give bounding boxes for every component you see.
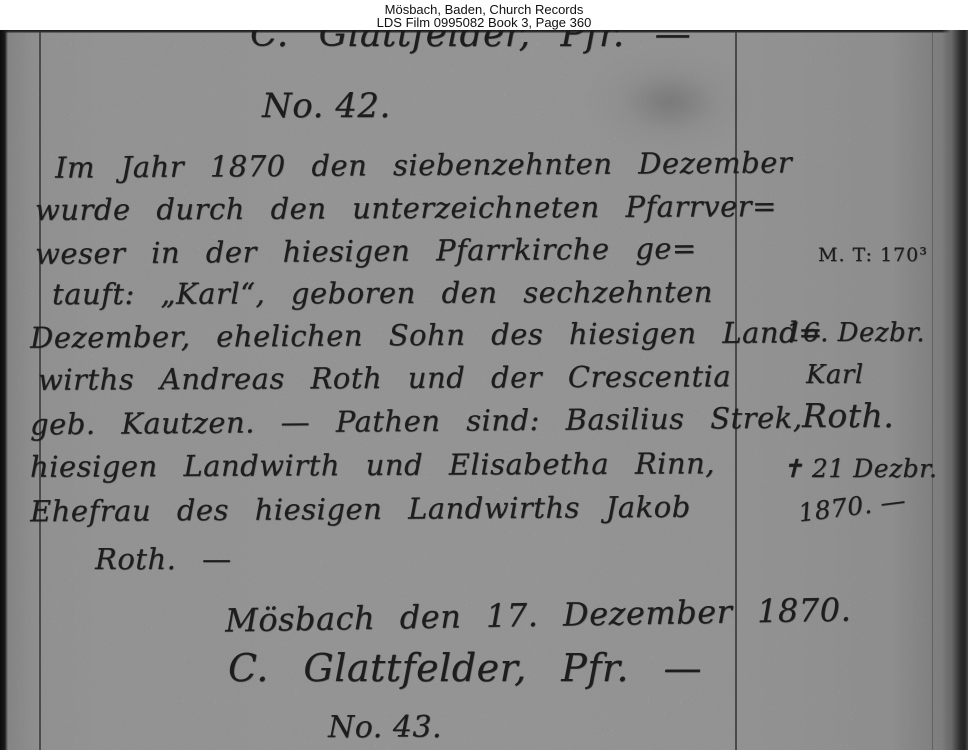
entry-number-42: No. 42. bbox=[262, 86, 391, 126]
entry-number-43: No. 43. bbox=[328, 710, 442, 745]
pastor-signature: C. Glattfelder, Pfr. — bbox=[228, 646, 702, 690]
record-body-line: Dezember, ehelichen Sohn des hiesigen La… bbox=[30, 315, 823, 355]
record-body-line: wirths Andreas Roth und der Crescentia bbox=[38, 359, 731, 397]
page-edge-right bbox=[942, 30, 968, 750]
scanned-church-record-page: C. Glattfelder, Pfr. — No. 42. Im Jahr 1… bbox=[0, 30, 968, 750]
ink-bleed-through-smudge bbox=[590, 52, 750, 152]
record-body-line: geb. Kautzen. — Pathen sind: Basilius St… bbox=[30, 401, 803, 442]
film-caption: Mösbach, Baden, Church Records LDS Film … bbox=[0, 0, 968, 30]
record-body-line: wurde durch den unterzeichneten Pfarrver… bbox=[35, 189, 777, 227]
record-body-line: hiesigen Landwirth und Elisabetha Rinn, bbox=[30, 446, 715, 484]
margin-reference-number: M. T: 170³ bbox=[818, 244, 928, 266]
record-body-line: weser in der hiesigen Pfarrkirche ge= bbox=[35, 231, 697, 271]
previous-entry-signature: C. Glattfelder, Pfr. — bbox=[250, 30, 691, 55]
margin-surname: Roth. bbox=[802, 396, 894, 435]
record-body-line: Roth. — bbox=[95, 542, 232, 576]
margin-death-date-line1: ✝ 21 Dezbr. bbox=[782, 454, 937, 483]
margin-child-name: Karl bbox=[806, 360, 864, 390]
record-body-line: Im Jahr 1870 den siebenzehnten Dezember bbox=[55, 145, 792, 184]
annotation-column-rule-line bbox=[735, 30, 737, 750]
page-edge-rule-line bbox=[932, 30, 933, 750]
caption-film-reference: LDS Film 0995082 Book 3, Page 360 bbox=[0, 16, 968, 29]
record-body-line: tauft: „Karl“, geboren den sechzehnten bbox=[52, 275, 713, 311]
margin-birth-date: 16. Dezbr. bbox=[786, 318, 925, 348]
record-body-line: Ehefrau des hiesigen Landwirths Jakob bbox=[30, 490, 691, 529]
page-binding-edge-left bbox=[0, 30, 8, 750]
